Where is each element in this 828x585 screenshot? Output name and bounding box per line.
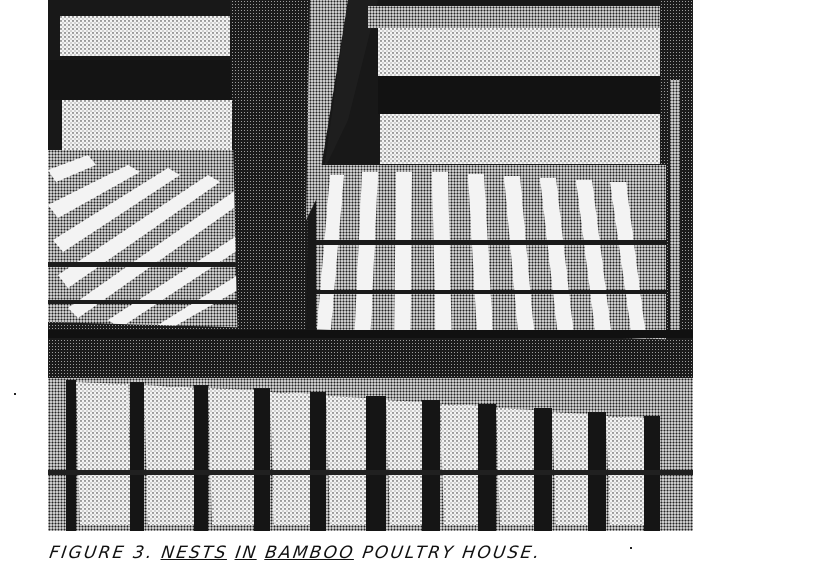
figure-photo [48,0,693,531]
nests-photo-illustration [48,0,693,531]
caption-word-bamboo: BAMBOO [264,543,356,563]
figure-caption: FIGURE 3. NESTS IN BAMBOO POULTRY HOUSE. [48,543,543,563]
scan-speck [14,393,16,395]
front-vertical-slats [48,378,693,531]
caption-word-nests: NESTS [160,543,229,563]
left-slatted-floor [48,150,238,330]
caption-word-in: IN [234,543,259,563]
scan-speck [630,547,632,549]
caption-word-poultry: POULTRY [361,543,456,563]
figure-label: FIGURE 3. [48,543,155,563]
caption-word-house: HOUSE. [461,543,543,563]
